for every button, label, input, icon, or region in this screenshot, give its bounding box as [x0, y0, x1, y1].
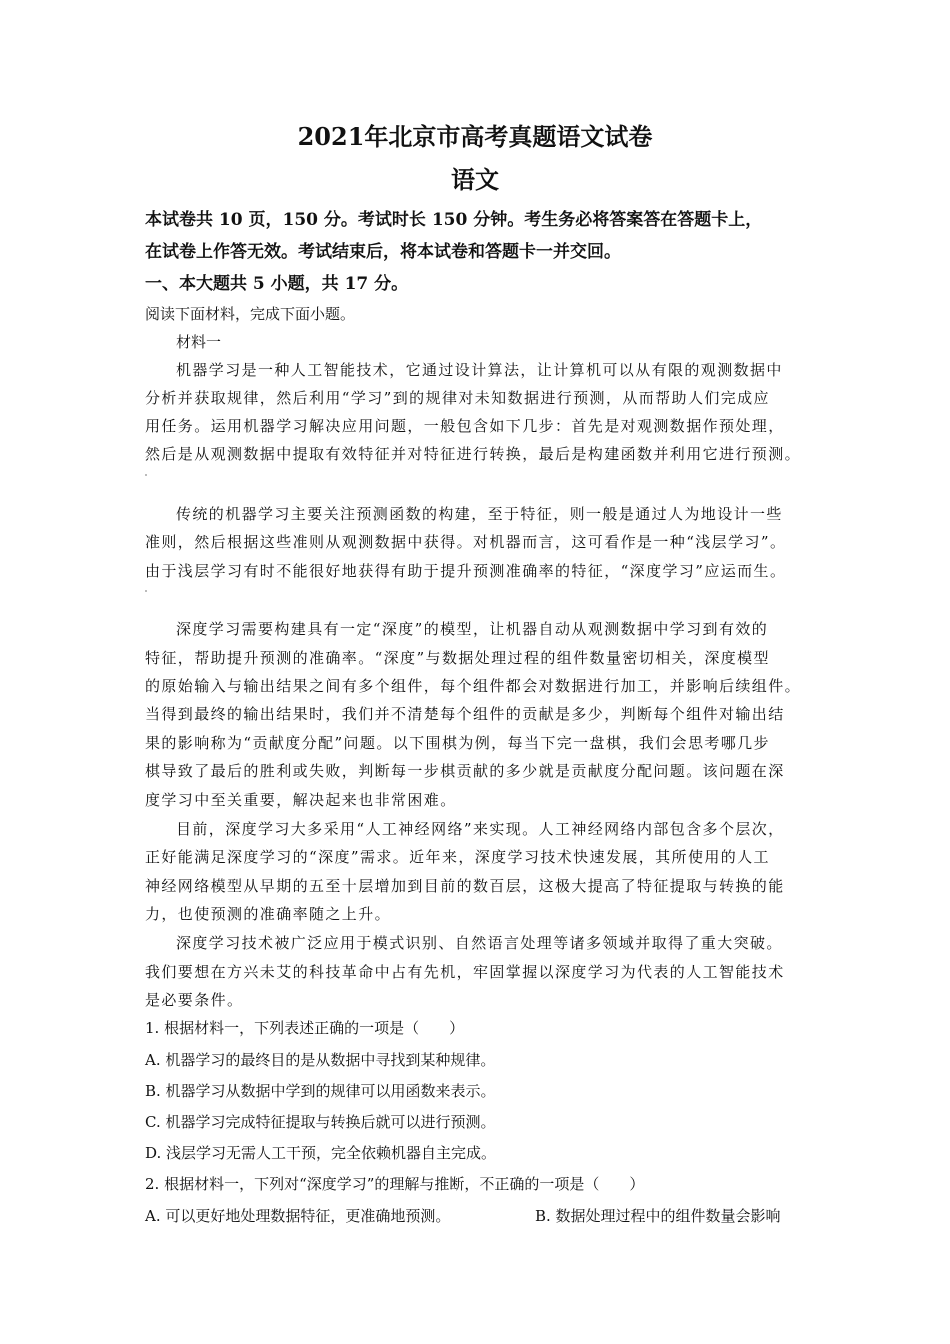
exam-subject: 语文: [0, 160, 950, 195]
exam-title: 2021年北京市高考真题语文试卷: [0, 117, 950, 152]
paragraph-line: 特征，帮助提升预测的准确率。“深度”与数据处理过程的组件数量密切相关，深度模型: [145, 647, 770, 668]
option-a: A. 可以更好地处理数据特征，更准确地预测。: [145, 1205, 450, 1226]
paragraph-line: 的原始输入与输出结果之间有多个组件，每个组件都会对数据进行加工，并影响后续组件。: [145, 675, 801, 696]
paragraph-line: 准则，然后根据这些准则从观测数据中获得。对机器而言，这可看作是一种“浅层学习”。: [145, 531, 786, 552]
paragraph-line: 深度学习需要构建具有一定“深度”的模型，让机器自动从观测数据中学习到有效的: [176, 618, 768, 639]
paragraph-line: 是必要条件。: [145, 989, 243, 1010]
option-c: C. 机器学习完成特征提取与转换后就可以进行预测。: [145, 1111, 495, 1132]
reading-prompt: 阅读下面材料，完成下面小题。: [145, 303, 355, 324]
option-b: B. 机器学习从数据中学到的规律可以用函数来表示。: [145, 1080, 496, 1101]
paragraph-line: 然后是从观测数据中提取有效特征并对特征进行转换，最后是构建函数并利用它进行预测。: [145, 443, 801, 464]
paragraph-line: 正好能满足深度学习的“深度”需求。近年来，深度学习技术快速发展，其所使用的人工: [145, 846, 770, 867]
paragraph-mark: [145, 474, 147, 476]
paragraph-line: 机器学习是一种人工智能技术，它通过设计算法，让计算机可以从有限的观测数据中: [176, 359, 783, 380]
paragraph-line: 力，也使预测的准确率随之上升。: [145, 903, 391, 924]
paragraph-line: 传统的机器学习主要关注预测函数的构建，至于特征，则一般是通过人为地设计一些: [176, 503, 783, 524]
question-stem: 1. 根据材料一，下列表述正确的一项是（ ）: [145, 1017, 464, 1038]
instructions-line-2: 在试卷上作答无效。考试结束后，将本试卷和答题卡一并交回。: [145, 237, 621, 262]
section-heading: 一、本大题共 5 小题，共 17 分。: [145, 269, 408, 294]
paragraph-line: 用任务。运用机器学习解决应用问题，一般包含如下几步：首先是对观测数据作预处理，: [145, 415, 785, 436]
paragraph-line: 深度学习技术被广泛应用于模式识别、自然语言处理等诸多领域并取得了重大突破。: [176, 932, 783, 953]
option-b: B. 数据处理过程中的组件数量会影响: [535, 1205, 781, 1226]
paragraph-line: 神经网络模型从早期的五至十层增加到目前的数百层，这极大提高了特征提取与转换的能: [145, 875, 785, 896]
instructions-line-1: 本试卷共 10 页，150 分。考试时长 150 分钟。考生务必将答案答在答题卡…: [145, 205, 762, 230]
option-d: D. 浅层学习无需人工干预，完全依赖机器自主完成。: [145, 1142, 496, 1163]
paragraph-line: 分析并获取规律，然后利用“学习”到的规律对未知数据进行预测，从而帮助人们完成应: [145, 387, 770, 408]
paragraph-line: 由于浅层学习有时不能很好地获得有助于提升预测准确率的特征，“深度学习”应运而生。: [145, 560, 786, 581]
material-label: 材料一: [176, 331, 221, 352]
paragraph-line: 我们要想在方兴未艾的科技革命中占有先机，牢固掌握以深度学习为代表的人工智能技术: [145, 961, 785, 982]
option-a: A. 机器学习的最终目的是从数据中寻找到某种规律。: [145, 1049, 495, 1070]
paragraph-line: 棋导致了最后的胜利或失败，判断每一步棋贡献的多少就是贡献度分配问题。该问题在深: [145, 760, 785, 781]
paragraph-line: 果的影响称为“贡献度分配”问题。以下围棋为例，每当下完一盘棋，我们会思考哪几步: [145, 732, 770, 753]
paragraph-line: 度学习中至关重要，解决起来也非常困难。: [145, 789, 457, 810]
exam-page: 2021年北京市高考真题语文试卷 语文 本试卷共 10 页，150 分。考试时长…: [0, 0, 950, 1344]
question-stem: 2. 根据材料一，下列对“深度学习”的理解与推断，不正确的一项是（ ）: [145, 1173, 644, 1194]
paragraph-mark: [145, 590, 147, 592]
paragraph-line: 当得到最终的输出结果时，我们并不清楚每个组件的贡献是多少，判断每个组件对输出结: [145, 703, 785, 724]
paragraph-line: 目前，深度学习大多采用“人工神经网络”来实现。人工神经网络内部包含多个层次，: [176, 818, 785, 839]
